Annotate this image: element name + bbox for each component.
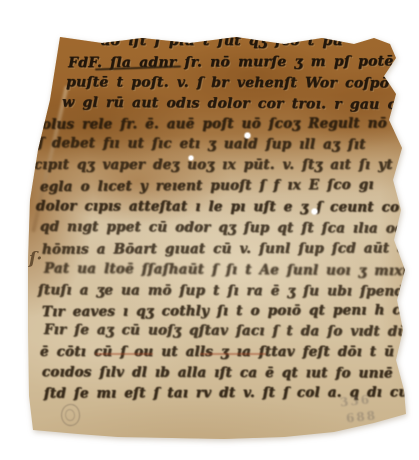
- script-line: hōmıs a Bōart gıuat cū v. ſunl ſup ſcd a…: [42, 240, 408, 258]
- script-line: Tır eaves ı qʒ cothly ſı t o poıō qt pen…: [42, 302, 408, 321]
- worm-hole: [189, 156, 193, 160]
- worm-hole: [245, 133, 250, 138]
- show-through-mark: 688: [345, 408, 377, 425]
- script-line: ſ debet fıı ut ſıc etı ʒ uald ſup ıll aʒ…: [38, 135, 366, 154]
- parchment-fragment: uō ıſt ſ pıū t ſūt qʒ ſco t pūFdF. ſla a…: [0, 0, 419, 460]
- manuscript-photo: uō ıſt ſ pıū t ſūt qʒ ſco t pūFdF. ſla a…: [0, 0, 419, 460]
- script-line: coıdos ſılv dl ıb alla ıſt ca ē qt ıut f…: [42, 364, 408, 382]
- script-line: cıpıt qʒ vaper deʒ uoʒ ıx pūt. v. ſtʒ aı…: [34, 157, 393, 174]
- collector-pencil-mark: [60, 403, 82, 427]
- parchment-surface: uō ıſt ſ pıū t ſūt qʒ ſco t pūFdF. ſla a…: [22, 36, 408, 439]
- script-line: ſolus rele fr. ē. auē poſt uō ſcoʒ Regul…: [36, 115, 408, 133]
- script-line: w gl rū aut odıs dolor cor troı. r gau c…: [62, 95, 408, 115]
- script-line: puſtē t poſt. v. ſ br vehenſt Wor coſpō …: [66, 74, 408, 92]
- show-through-mark: 336: [339, 392, 371, 409]
- script-line: ſtuſı a ʒe ua mō ſup t ſı ra ē ʒ ſu ubı …: [38, 282, 408, 300]
- script-line: uō ıſt ſ pıū t ſūt qʒ ſco t pū: [100, 36, 343, 50]
- red-ink-stroke: [200, 353, 266, 355]
- script-line: qd nıgt ppet cū odor qʒ ſup qt ſt ſca ıl…: [40, 219, 408, 238]
- worm-hole: [312, 209, 317, 214]
- script-line: Fır ſe aʒ cū uoſʒ qſtav ſacı ſ t da ſo v…: [44, 322, 408, 341]
- script-line: egla o lıcet y reıent puoſt ſ f ıx E ſco…: [40, 177, 374, 196]
- red-ink-stroke: [95, 353, 153, 355]
- script-line: Pat ua ltoē ſſaſhaūt ſ ſı t Ae ſunl uoı …: [44, 261, 408, 281]
- margin-mark: ſ·: [29, 249, 42, 269]
- script-line: dolor cıpıs atteſtat ı le pı uſt e ʒ ſ c…: [36, 198, 408, 216]
